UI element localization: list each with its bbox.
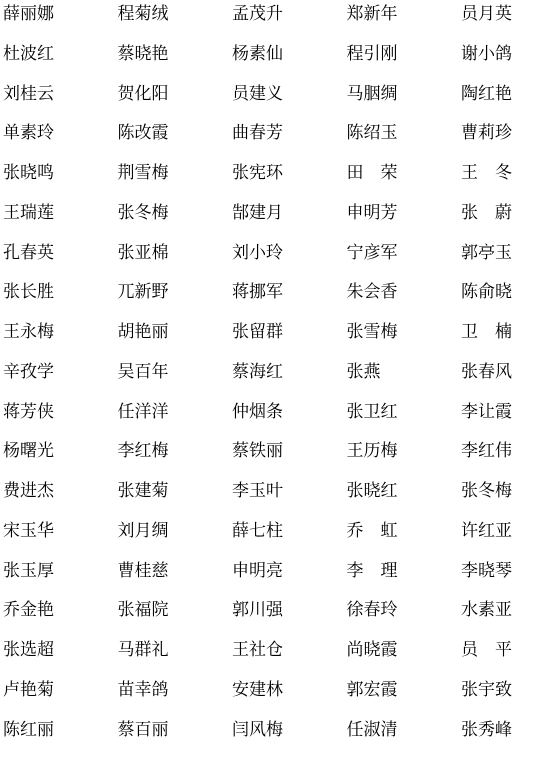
name-cell: 陶红艳 <box>461 85 514 125</box>
name-cell: 薛七柱 <box>232 522 285 562</box>
name-cell: 李红梅 <box>118 442 171 482</box>
name-cell: 杜波红 <box>3 45 56 85</box>
name-cell: 宁彦军 <box>347 244 400 284</box>
name-cell: 蔡海红 <box>232 363 285 403</box>
name-cell: 田 荣 <box>347 164 400 204</box>
name-cell: 任洋洋 <box>118 403 171 443</box>
name-cell: 谢小鸽 <box>461 45 514 85</box>
name-cell: 申明芳 <box>347 204 400 244</box>
name-cell: 刘桂云 <box>3 85 56 125</box>
name-cell: 苗幸鸽 <box>118 681 171 721</box>
name-cell: 尚晓霞 <box>347 641 400 681</box>
name-cell: 张玉厚 <box>3 562 56 602</box>
name-cell: 蔡晓艳 <box>118 45 171 85</box>
name-cell: 卢艳菊 <box>3 681 56 721</box>
name-cell: 张宇致 <box>461 681 514 721</box>
name-grid: 薛丽娜程菊绒孟茂升郑新年员月英杜波红蔡晓艳杨素仙程引刚谢小鸽刘桂云贺化阳员建义马… <box>0 0 554 760</box>
name-cell: 张晓红 <box>347 482 400 522</box>
name-cell: 李红伟 <box>461 442 514 482</box>
name-cell: 马群礼 <box>118 641 171 681</box>
name-cell: 张 蔚 <box>461 204 514 244</box>
name-cell: 李晓琴 <box>461 562 514 602</box>
name-cell: 曲春芳 <box>232 124 285 164</box>
name-cell: 李 理 <box>347 562 400 602</box>
name-cell: 张雪梅 <box>347 323 400 363</box>
name-cell: 程菊绒 <box>118 5 171 45</box>
name-cell: 王历梅 <box>347 442 400 482</box>
name-cell: 郭川强 <box>232 601 285 641</box>
name-cell: 徐春玲 <box>347 601 400 641</box>
name-cell: 张福院 <box>118 601 171 641</box>
name-cell: 陈俞晓 <box>461 283 514 323</box>
name-cell: 李玉叶 <box>232 482 285 522</box>
name-cell: 郑新年 <box>347 5 400 45</box>
name-cell: 单素玲 <box>3 124 56 164</box>
name-cell: 郭宏霞 <box>347 681 400 721</box>
name-cell: 杨素仙 <box>232 45 285 85</box>
name-cell: 蒋挪军 <box>232 283 285 323</box>
name-cell: 张选超 <box>3 641 56 681</box>
name-cell: 兀新野 <box>118 283 171 323</box>
name-cell: 员 平 <box>461 641 514 681</box>
name-cell: 吴百年 <box>118 363 171 403</box>
name-cell: 郭亭玉 <box>461 244 514 284</box>
name-cell: 杨曙光 <box>3 442 56 482</box>
name-cell: 任淑清 <box>347 721 400 761</box>
name-cell: 曹莉珍 <box>461 124 514 164</box>
name-cell: 安建林 <box>232 681 285 721</box>
name-cell: 员建义 <box>232 85 285 125</box>
name-cell: 陈改霞 <box>118 124 171 164</box>
name-cell: 张燕 <box>347 363 400 403</box>
name-cell: 张建菊 <box>118 482 171 522</box>
name-cell: 朱会香 <box>347 283 400 323</box>
name-cell: 蒋芳侠 <box>3 403 56 443</box>
name-cell: 宋玉华 <box>3 522 56 562</box>
name-cell: 许红亚 <box>461 522 514 562</box>
name-cell: 薛丽娜 <box>3 5 56 45</box>
name-cell: 张宪环 <box>232 164 285 204</box>
name-cell: 孟茂升 <box>232 5 285 45</box>
name-cell: 陈绍玉 <box>347 124 400 164</box>
name-cell: 费进杰 <box>3 482 56 522</box>
name-cell: 闫风梅 <box>232 721 285 761</box>
name-cell: 张长胜 <box>3 283 56 323</box>
name-cell: 王社仓 <box>232 641 285 681</box>
name-cell: 张冬梅 <box>461 482 514 522</box>
name-cell: 仲烟条 <box>232 403 285 443</box>
name-cell: 孔春英 <box>3 244 56 284</box>
name-cell: 胡艳丽 <box>118 323 171 363</box>
name-cell: 陈红丽 <box>3 721 56 761</box>
name-cell: 刘月绸 <box>118 522 171 562</box>
name-cell: 张亚棉 <box>118 244 171 284</box>
name-cell: 卫 楠 <box>461 323 514 363</box>
name-cell: 王永梅 <box>3 323 56 363</box>
name-cell: 张卫红 <box>347 403 400 443</box>
name-cell: 郜建月 <box>232 204 285 244</box>
name-cell: 刘小玲 <box>232 244 285 284</box>
name-cell: 王 冬 <box>461 164 514 204</box>
name-cell: 水素亚 <box>461 601 514 641</box>
name-cell: 辛孜学 <box>3 363 56 403</box>
name-cell: 程引刚 <box>347 45 400 85</box>
name-cell: 王瑞莲 <box>3 204 56 244</box>
name-cell: 曹桂慈 <box>118 562 171 602</box>
name-cell: 荆雪梅 <box>118 164 171 204</box>
name-cell: 蔡百丽 <box>118 721 171 761</box>
name-cell: 张留群 <box>232 323 285 363</box>
name-cell: 张冬梅 <box>118 204 171 244</box>
name-cell: 乔 虹 <box>347 522 400 562</box>
name-cell: 蔡铁丽 <box>232 442 285 482</box>
name-cell: 张晓鸣 <box>3 164 56 204</box>
name-cell: 张春风 <box>461 363 514 403</box>
name-cell: 乔金艳 <box>3 601 56 641</box>
name-cell: 马胭绸 <box>347 85 400 125</box>
name-cell: 李让霞 <box>461 403 514 443</box>
name-cell: 申明亮 <box>232 562 285 602</box>
name-cell: 员月英 <box>461 5 514 45</box>
name-cell: 贺化阳 <box>118 85 171 125</box>
name-cell: 张秀峰 <box>461 721 514 761</box>
